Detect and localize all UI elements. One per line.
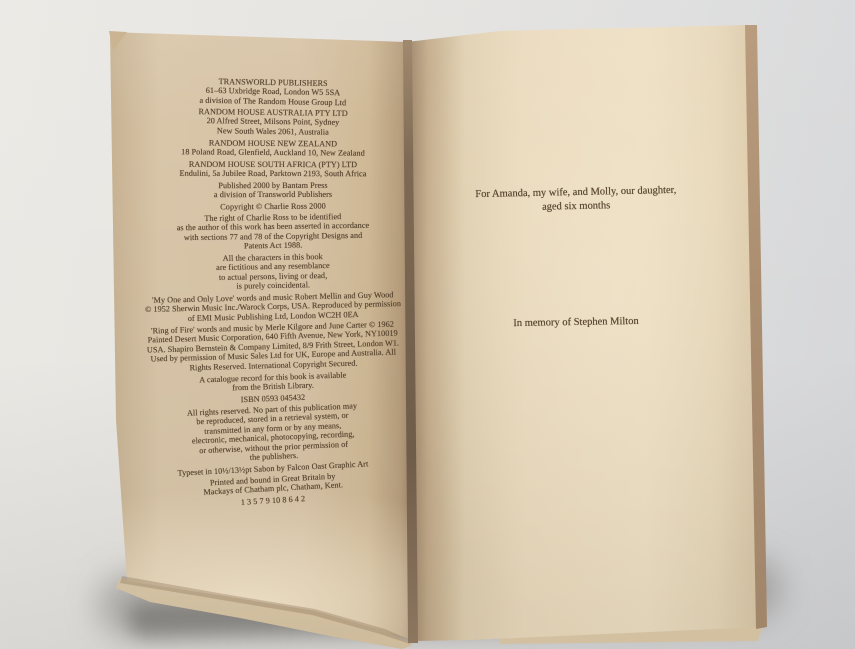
imprint-paragraph: The right of Charlie Ross to be identifi… [128,212,418,253]
imprint-paragraph: RANDOM HOUSE SOUTH AFRICA (PTY) LTD Endu… [128,159,418,178]
imprint-text: TRANSWORLD PUBLISHERS 61–63 Uxbridge Roa… [128,78,418,508]
imprint-paragraph: Published 2000 by Bantam Press a divisio… [128,180,418,200]
imprint-paragraph: Copyright © Charlie Ross 2000 [128,201,418,213]
imprint-paragraph: All rights reserved. No part of this pub… [127,399,419,468]
imprint-paragraph: RANDOM HOUSE AUSTRALIA PTY LTD 20 Alfred… [128,107,418,139]
dedication-text: For Amanda, my wife, and Molly, our daug… [440,183,713,216]
imprint-paragraph: 'Ring of Fire' words and music by Merle … [127,319,418,374]
imprint-paragraph: All the characters in this book are fict… [128,251,419,294]
imprint-paragraph: TRANSWORLD PUBLISHERS 61–63 Uxbridge Roa… [128,75,418,108]
imprint-paragraph: RANDOM HOUSE NEW ZEALAND 18 Poland Road,… [128,138,418,159]
book-photo: TRANSWORLD PUBLISHERS 61–63 Uxbridge Roa… [0,0,855,649]
